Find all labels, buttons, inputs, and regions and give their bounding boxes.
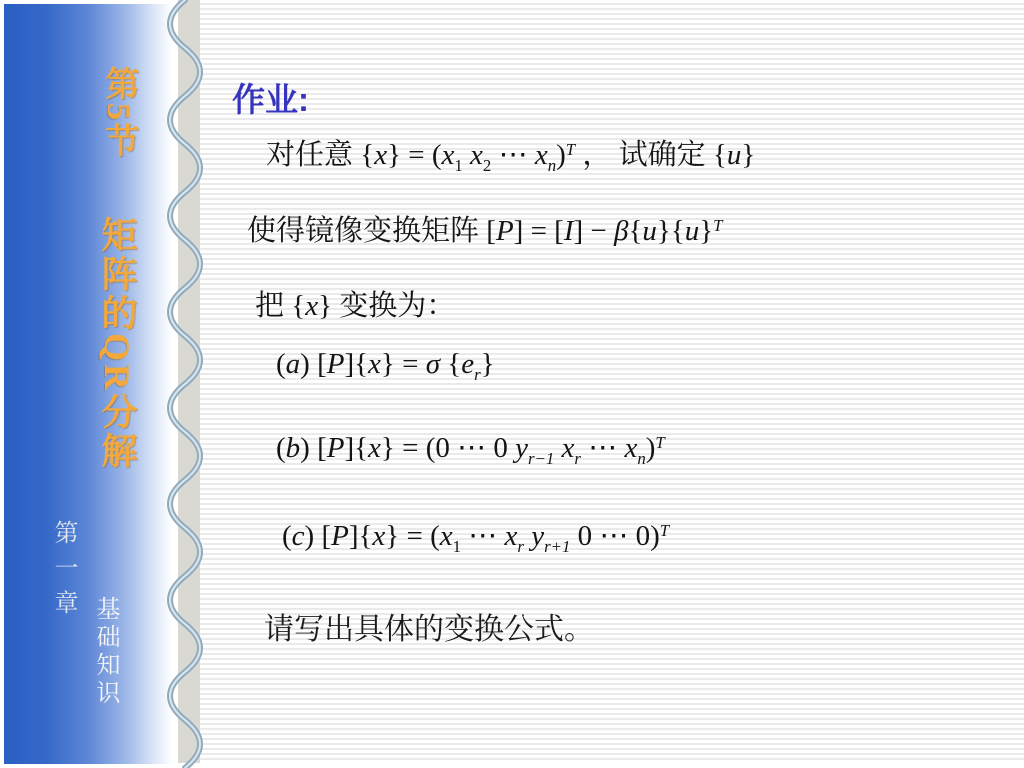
formula-transform-intro: 把 {x} 变换为： [255, 283, 455, 324]
chapter-label: 第一章 [46, 520, 81, 625]
closing-instruction: 请写出具体的变换公式。 [264, 604, 594, 648]
slide: 第5节 矩阵的QR分解 第一章 基础知识 作业: 对任意 {x} = (x1 x… [0, 0, 1024, 768]
formula-case-c: (c) [P]{x} = (x1 ⋯ xr yr+1 0 ⋯ 0)T [282, 518, 669, 553]
wave-ornament-icon [158, 0, 212, 768]
formula-case-a: (a) [P]{x} = σ {er} [276, 348, 495, 381]
chapter-topic-label: 基础知识 [88, 596, 123, 708]
section-number-title: 第5节 [94, 66, 143, 160]
formula-intro: 对任意 {x} = (x1 x2 ⋯ xn)T ， 试确定 {u} [266, 132, 755, 173]
homework-heading: 作业: [232, 74, 309, 121]
formula-mirror-matrix: 使得镜像变换矩阵 [P] = [I] − β{u}{u}T [247, 208, 723, 249]
ruled-paper-background [200, 0, 1024, 763]
section-subtitle: 矩阵的QR分解 [92, 216, 143, 471]
formula-case-b: (b) [P]{x} = (0 ⋯ 0 yr−1 xr ⋯ xn)T [276, 430, 665, 465]
